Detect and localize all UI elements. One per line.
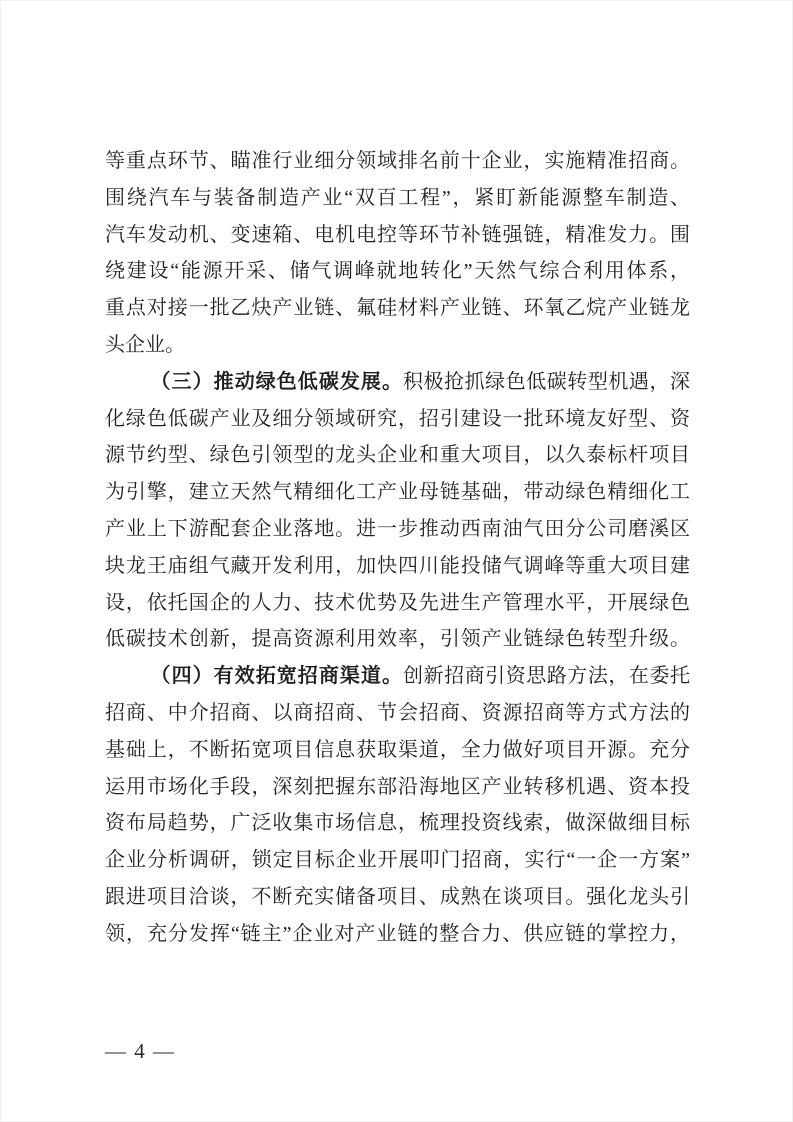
- paragraph-indent: [105, 387, 150, 388]
- text-line: 等重点环节、瞄准行业细分领域排名前十企业，实施精准招商。: [105, 143, 690, 180]
- text-line: （四）有效拓宽招商渠道。创新招商引资思路方法，在委托: [105, 658, 690, 695]
- text-line: 企业分析调研，锁定目标企业开展叩门招商，实行“一企一方案”: [105, 842, 690, 879]
- page-number: — 4 —: [105, 1039, 174, 1063]
- text-run: 创新招商引资思路方法，在委托: [403, 665, 690, 687]
- text-line: 围绕汽车与装备制造产业“双百工程”，紧盯新能源整车制造、: [105, 180, 690, 217]
- page-footer: — 4 —: [105, 1038, 174, 1064]
- text-line: 基础上，不断拓宽项目信息获取渠道，全力做好项目开源。充分: [105, 732, 690, 769]
- paragraph-continuation: 等重点环节、瞄准行业细分领域排名前十企业，实施精准招商。围绕汽车与装备制造产业“…: [105, 143, 690, 364]
- text-line: 设，依托国企的人力、技术优势及先进生产管理水平，开展绿色: [105, 585, 690, 622]
- text-line: 化绿色低碳产业及细分领域研究，招引建设一批环境友好型、资: [105, 401, 690, 438]
- text-line: 重点对接一批乙炔产业链、氟硅材料产业链、环氧乙烷产业链龙: [105, 290, 690, 327]
- text-line: 产业上下游配套企业落地。进一步推动西南油气田分公司磨溪区: [105, 511, 690, 548]
- text-line: 跟进项目洽谈，不断充实储备项目、成熟在谈项目。强化龙头引: [105, 879, 690, 916]
- paragraph-section-four-expand-channels: （四）有效拓宽招商渠道。创新招商引资思路方法，在委托招商、中介招商、以商招商、节…: [105, 658, 690, 952]
- paragraph-indent: [105, 681, 150, 682]
- text-line: 为引擎，建立天然气精细化工产业母链基础，带动绿色精细化工: [105, 474, 690, 511]
- paragraph-section-three-green-low-carbon: （三）推动绿色低碳发展。积极抢抓绿色低碳转型机遇，深化绿色低碳产业及细分领域研究…: [105, 364, 690, 658]
- text-line: 源节约型、绿色引领型的龙头企业和重大项目，以久泰标杆项目: [105, 437, 690, 474]
- text-line: 块龙王庙组气藏开发利用，加快四川能投储气调峰等重大项目建: [105, 548, 690, 585]
- text-line: 绕建设“能源开采、储气调峰就地转化”天然气综合利用体系，: [105, 253, 690, 290]
- paragraph-heading: （四）有效拓宽招商渠道。: [150, 665, 403, 687]
- text-run: 积极抢抓绿色低碳转型机遇，深: [403, 371, 690, 393]
- document-page: 等重点环节、瞄准行业细分领域排名前十企业，实施精准招商。围绕汽车与装备制造产业“…: [0, 0, 793, 1122]
- text-line: 运用市场化手段，深刻把握东部沿海地区产业转移机遇、资本投: [105, 769, 690, 806]
- text-block: 等重点环节、瞄准行业细分领域排名前十企业，实施精准招商。围绕汽车与装备制造产业“…: [105, 143, 690, 953]
- text-line: 领，充分发挥“链主”企业对产业链的整合力、供应链的掌控力，: [105, 916, 690, 953]
- text-line: 资布局趋势，广泛收集市场信息，梳理投资线索，做深做细目标: [105, 805, 690, 842]
- text-line: 招商、中介招商、以商招商、节会招商、资源招商等方式方法的: [105, 695, 690, 732]
- text-line: 头企业。: [105, 327, 690, 364]
- text-line: 汽车发动机、变速箱、电机电控等环节补链强链，精准发力。围: [105, 217, 690, 254]
- text-line: 低碳技术创新，提高资源利用效率，引领产业链绿色转型升级。: [105, 621, 690, 658]
- text-line: （三）推动绿色低碳发展。积极抢抓绿色低碳转型机遇，深: [105, 364, 690, 401]
- paragraph-heading: （三）推动绿色低碳发展。: [150, 371, 403, 393]
